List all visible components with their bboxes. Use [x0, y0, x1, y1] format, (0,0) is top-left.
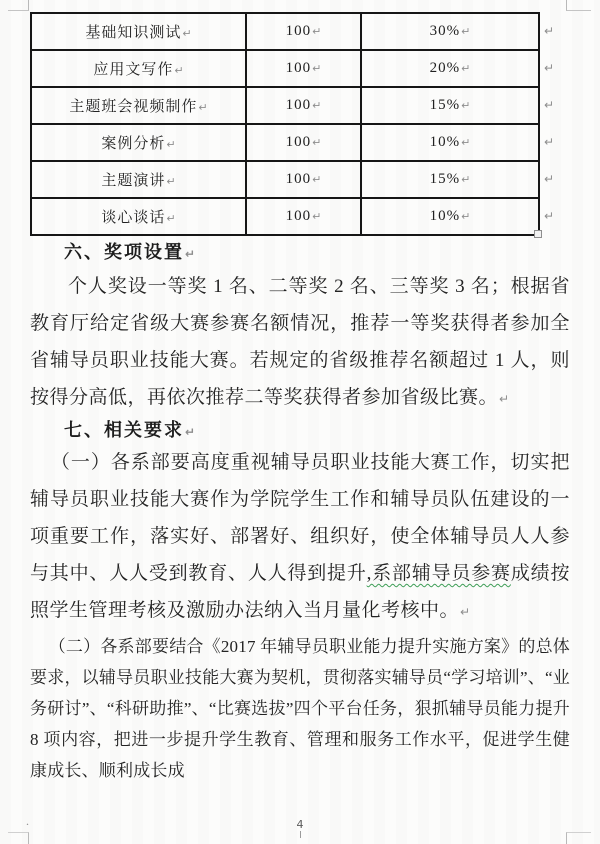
paragraph-return-mark: ↵ [312, 210, 321, 223]
paragraph-return-mark: ↵ [185, 247, 195, 261]
paragraph-return-mark: ↵ [499, 392, 509, 406]
paragraph-return-mark: ↵ [198, 101, 207, 114]
paragraph-return-mark: ↵ [185, 425, 195, 439]
paragraph-return-mark: ↵ [544, 209, 554, 223]
paragraph-return-mark: ↵ [166, 138, 175, 151]
paragraph-return-mark: ↵ [461, 136, 470, 149]
row-end-mark: ↵ [543, 49, 554, 86]
table-resize-handle-mark [534, 230, 542, 238]
row-end-mark: ↵ [543, 86, 554, 123]
paragraph-return-mark: ↵ [174, 64, 183, 77]
cell-text: 30% [430, 23, 461, 39]
cell-text: 谈心谈话 [101, 210, 165, 226]
table-cell-weight: 20%↵ [361, 50, 539, 87]
table-cell-score: 100↵ [246, 87, 361, 124]
paragraph-return-mark: ↵ [544, 61, 554, 75]
grammar-check-wavy-underline-text: ,系部辅导员参赛 [367, 563, 511, 584]
cell-text: 100 [286, 97, 312, 113]
cell-text: 100 [286, 23, 312, 39]
cell-text: 100 [286, 60, 312, 76]
table-cell-item: 主题班会视频制作↵ [31, 87, 246, 124]
cell-text: 主题演讲 [101, 173, 165, 189]
paragraph-requirement-2: （二）各系部要结合《2017 年辅导员职业能力提升实施方案》的总体要求，以辅导员… [30, 631, 570, 786]
paragraph-return-mark: ↵ [182, 27, 191, 40]
table-cell-item: 主题演讲↵ [31, 161, 246, 198]
cell-text: 15% [430, 97, 461, 113]
paragraph-text: 个人奖设一等奖 1 名、二等奖 2 名、三等奖 3 名；根据省教育厅给定省级大赛… [30, 276, 570, 408]
paragraph-return-mark: ↵ [312, 99, 321, 112]
table-cell-item: 谈心谈话↵ [31, 198, 246, 235]
page-number-text: 4 [297, 818, 304, 831]
paragraph-return-mark: ↵ [166, 212, 175, 225]
table-cell-score: 100↵ [246, 161, 361, 198]
margin-crop-mark-top-right [566, 0, 591, 11]
paragraph-return-mark: ↵ [461, 99, 470, 112]
cell-text: 20% [430, 60, 461, 76]
paragraph-return-mark: ↵ [460, 605, 470, 619]
section-heading-requirements: 七、相关要求↵ [30, 418, 570, 444]
table-cell-score: 100↵ [246, 198, 361, 235]
page-number-tick-artifact [300, 831, 301, 838]
table-cell-score: 100↵ [246, 50, 361, 87]
score-weight-table: 基础知识测试↵ 100↵ 30%↵ 应用文写作↵ 100↵ 20%↵ 主题班会视… [30, 12, 540, 236]
page-number: 4 [0, 818, 600, 838]
document-page: 基础知识测试↵ 100↵ 30%↵ 应用文写作↵ 100↵ 20%↵ 主题班会视… [0, 0, 600, 844]
table-row: 主题班会视频制作↵ 100↵ 15%↵ [31, 87, 539, 124]
table-cell-weight: 10%↵ [361, 198, 539, 235]
table-row-end-marks: ↵ ↵ ↵ ↵ ↵ ↵ [543, 12, 554, 234]
table-row: 主题演讲↵ 100↵ 15%↵ [31, 161, 539, 198]
paragraph-return-mark: ↵ [166, 175, 175, 188]
table-row: 应用文写作↵ 100↵ 20%↵ [31, 50, 539, 87]
paragraph-text: （二）各系部要结合《2017 年辅导员职业能力提升实施方案》的总体要求，以辅导员… [30, 637, 570, 780]
paragraph-awards: 个人奖设一等奖 1 名、二等奖 2 名、三等奖 3 名；根据省教育厅给定省级大赛… [30, 268, 570, 418]
cell-text: 100 [286, 171, 312, 187]
row-end-mark: ↵ [543, 160, 554, 197]
margin-crop-mark-top-left [8, 0, 29, 11]
paragraph-return-mark: ↵ [461, 173, 470, 186]
cell-text: 主题班会视频制作 [69, 99, 197, 115]
row-end-mark: ↵ [543, 197, 554, 234]
cell-text: 案例分析 [101, 136, 165, 152]
table-row: 案例分析↵ 100↵ 10%↵ [31, 124, 539, 161]
table-cell-weight: 30%↵ [361, 13, 539, 50]
paragraph-return-mark: ↵ [544, 135, 554, 149]
table-cell-item: 基础知识测试↵ [31, 13, 246, 50]
cell-text: 应用文写作 [93, 62, 173, 78]
heading-text: 六、奖项设置 [64, 242, 184, 262]
table-row: 谈心谈话↵ 100↵ 10%↵ [31, 198, 539, 235]
section-heading-awards: 六、奖项设置↵ [30, 240, 570, 266]
table-cell-weight: 10%↵ [361, 124, 539, 161]
paragraph-return-mark: ↵ [544, 24, 554, 38]
paragraph-return-mark: ↵ [312, 136, 321, 149]
cell-text: 15% [430, 171, 461, 187]
paragraph-requirement-1: （一）各系部要高度重视辅导员职业技能大赛工作，切实把辅导员职业技能大赛作为学院学… [30, 444, 570, 631]
paragraph-return-mark: ↵ [312, 25, 321, 38]
table-cell-item: 案例分析↵ [31, 124, 246, 161]
paragraph-return-mark: ↵ [461, 25, 470, 38]
table-cell-weight: 15%↵ [361, 161, 539, 198]
cell-text: 10% [430, 134, 461, 150]
heading-text: 七、相关要求 [64, 420, 184, 440]
cell-text: 100 [286, 134, 312, 150]
paragraph-return-mark: ↵ [461, 210, 470, 223]
table-cell-score: 100↵ [246, 124, 361, 161]
paragraph-return-mark: ↵ [312, 62, 321, 75]
paragraph-return-mark: ↵ [544, 172, 554, 186]
table-row: 基础知识测试↵ 100↵ 30%↵ [31, 13, 539, 50]
table-cell-weight: 15%↵ [361, 87, 539, 124]
row-end-mark: ↵ [543, 123, 554, 160]
row-end-mark: ↵ [543, 12, 554, 49]
paragraph-return-mark: ↵ [312, 173, 321, 186]
table-cell-score: 100↵ [246, 13, 361, 50]
cell-text: 基础知识测试 [85, 25, 181, 41]
cell-text: 10% [430, 208, 461, 224]
paragraph-return-mark: ↵ [544, 98, 554, 112]
table-cell-item: 应用文写作↵ [31, 50, 246, 87]
cell-text: 100 [286, 208, 312, 224]
paragraph-return-mark: ↵ [461, 62, 470, 75]
